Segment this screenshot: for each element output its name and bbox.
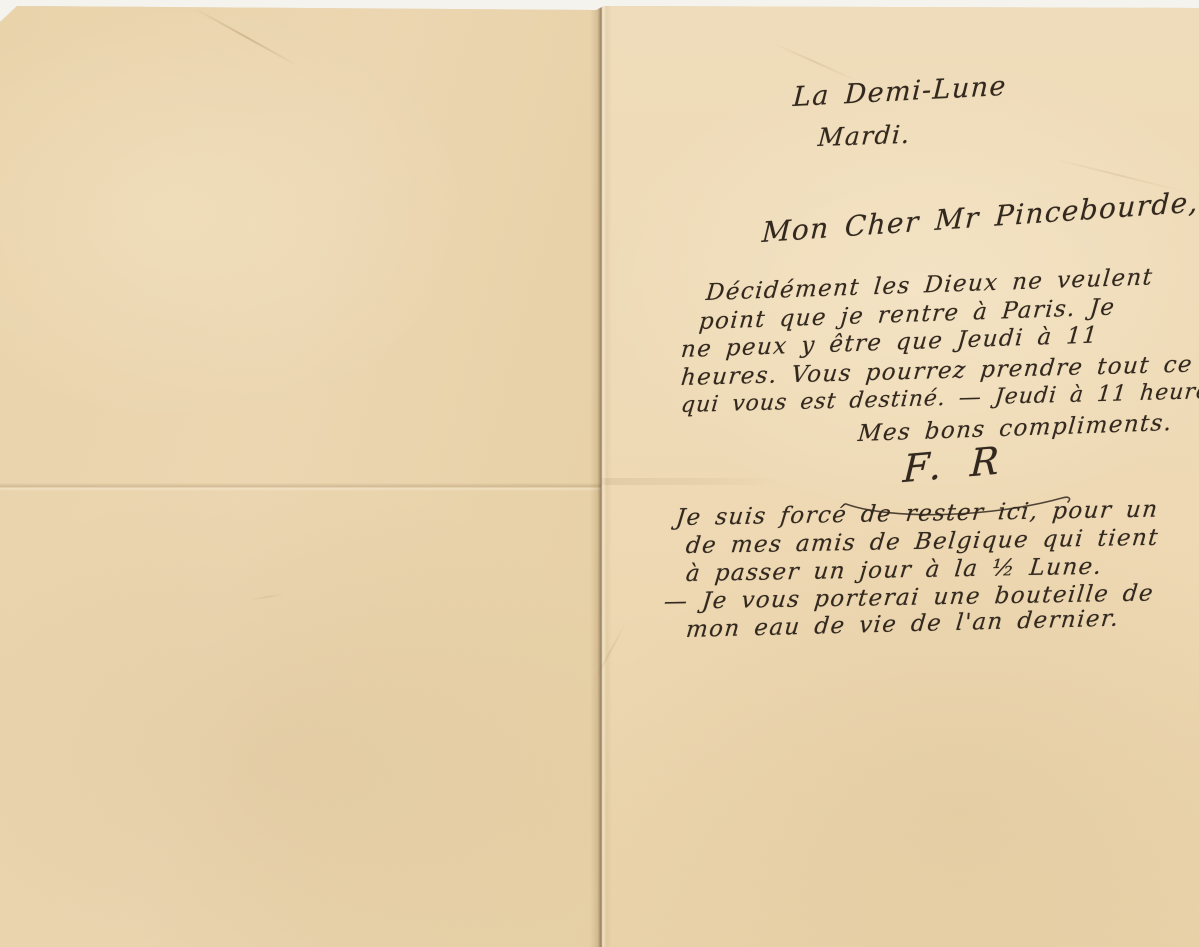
letter-scan: La Demi-Lune Mardi. Mon Cher Mr Pincebou… <box>0 0 1199 947</box>
horizontal-fold-crease-right <box>601 478 781 485</box>
blank-left-page <box>0 6 601 947</box>
letter-date: Mardi. <box>817 120 912 152</box>
letter-sheet: La Demi-Lune Mardi. Mon Cher Mr Pincebou… <box>0 6 1199 947</box>
vertical-center-fold <box>590 6 612 947</box>
signature: F. R <box>902 438 1006 491</box>
horizontal-fold-crease-left <box>0 483 601 491</box>
